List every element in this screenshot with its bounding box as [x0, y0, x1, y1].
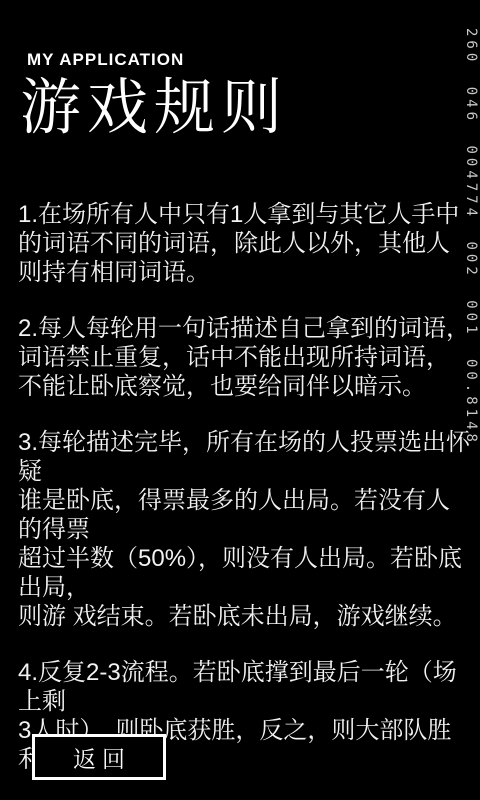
counter-fill-rate: 00.8148: [463, 359, 479, 446]
app-title: MY APPLICATION: [27, 50, 184, 70]
phone-screen: MY APPLICATION 游戏规则 1.在场所有人中只有1人拿到与其它人手中…: [0, 0, 480, 800]
counter-intermediate-surface: 001: [463, 300, 479, 337]
counter-texture-memory: 004774: [463, 145, 479, 220]
page-title: 游戏规则: [20, 72, 288, 142]
frame-rate-counters: 260 046 004774 002 001 00.8148: [462, 28, 479, 455]
back-button[interactable]: 返回: [32, 734, 166, 780]
counter-ui-fps: 046: [463, 87, 479, 124]
rules-list: 1.在场所有人中只有1人拿到与其它人手中 的词语不同的词语，除此人以外，其他人 …: [18, 200, 470, 800]
counter-surface: 002: [463, 241, 479, 278]
rule-paragraph-3: 3.每轮描述完毕，所有在场的人投票选出怀疑 谁是卧底，得票最多的人出局。若没有人…: [18, 428, 470, 631]
rule-paragraph-1: 1.在场所有人中只有1人拿到与其它人手中 的词语不同的词语，除此人以外，其他人 …: [18, 200, 470, 287]
counter-render-fps: 260: [463, 28, 479, 65]
rule-paragraph-2: 2.每人每轮用一句话描述自己拿到的词语， 词语禁止重复，话中不能出现所持词语， …: [18, 314, 470, 401]
